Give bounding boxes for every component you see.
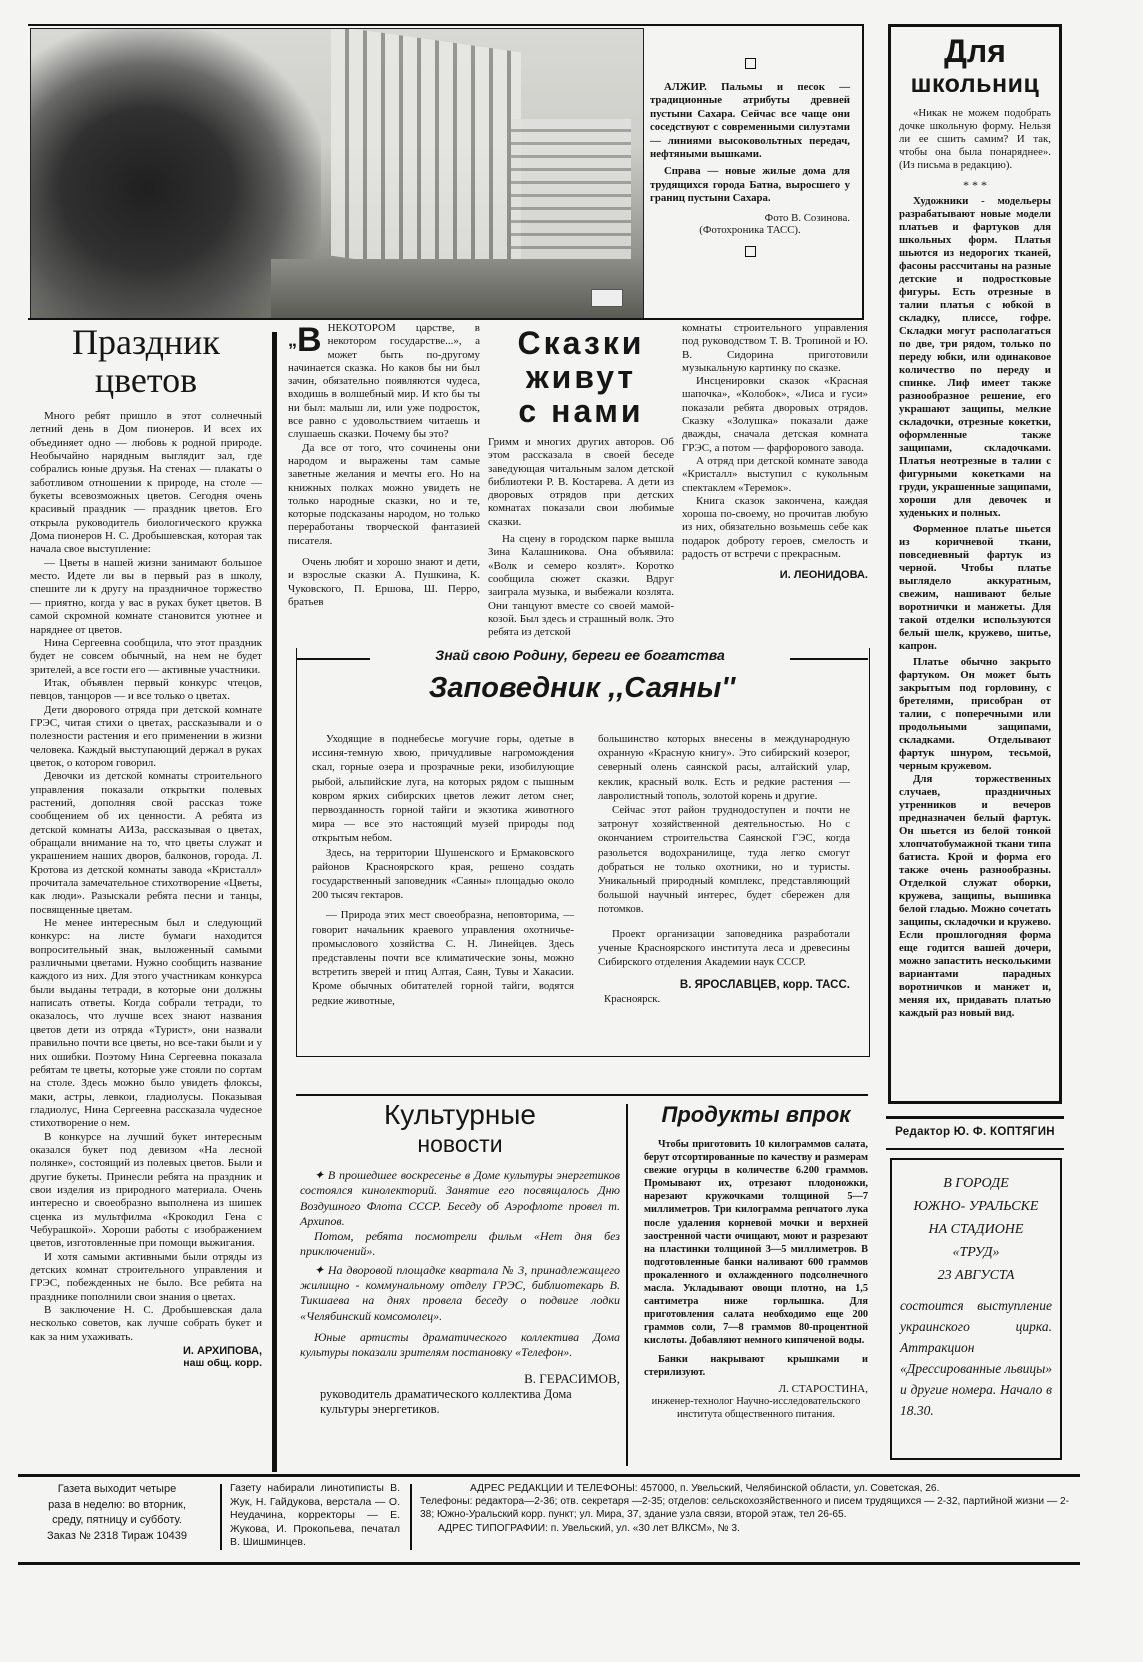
divider: [296, 658, 370, 660]
column-divider: [410, 1484, 412, 1550]
paragraph: Итак, объявлен первый конкурс чтецов, пе…: [30, 677, 262, 704]
paragraph: «Никак не можем подобрать дочке школьную…: [899, 107, 1051, 172]
column-divider: [220, 1484, 222, 1550]
paragraph: Здесь, на территории Шушенского и Ермако…: [312, 846, 574, 903]
diamond-bullet-icon: ✦: [314, 1168, 324, 1182]
article-preserves: Продукты впрок Чтобы приготовить 10 кило…: [644, 1094, 868, 1421]
building-image: [331, 28, 521, 282]
paragraph: комнаты строительного управления под рук…: [682, 322, 868, 375]
paragraph: большинство которых внесены в международ…: [598, 732, 850, 803]
paragraph: Уходящие в поднебесье могучие горы, одет…: [312, 732, 574, 846]
author-role: наш общ. корр.: [30, 1357, 262, 1369]
paragraph: А отряд при детской комнате завода «Крис…: [682, 455, 868, 495]
author-signature: И. АРХИПОВА,: [30, 1345, 262, 1357]
article-title: цветов: [30, 362, 262, 398]
author-role: руководитель драматического коллектива Д…: [300, 1387, 620, 1417]
photo-caption: АЛЖИР. Пальмы и песок — традиционные атр…: [650, 58, 850, 257]
paragraph: И хотя самыми активными были отряды из д…: [30, 1251, 262, 1304]
paragraph: Дети дворового отряда при детской комнат…: [30, 704, 262, 771]
paragraph: Для торжественных случаев, праздничных у…: [899, 773, 1051, 1020]
order-number: Заказ № 2318 Тираж 10439: [24, 1529, 210, 1545]
article-title: Для: [899, 33, 1051, 69]
news-item: Потом, ребята посмотрели фильм «Нет дня …: [300, 1229, 620, 1260]
announcement-line: 23 АВГУСТА: [900, 1264, 1052, 1287]
car-image: [591, 289, 623, 307]
article-title: школьниц: [899, 69, 1051, 99]
paragraph: Много ребят пришло в этот солнечный летн…: [30, 410, 262, 557]
paragraph: Чтобы приготовить 10 килограммов салата,…: [644, 1138, 868, 1348]
drop-cap: „В: [288, 324, 322, 356]
article-title: с нами: [488, 394, 674, 428]
article-schoolgirls: Для школьниц «Никак не можем подобрать д…: [888, 24, 1062, 1104]
tales-col1: „В НЕКОТОРОМ царстве, в некотором госуда…: [288, 322, 480, 609]
caption-text: АЛЖИР. Пальмы и песок — традиционные атр…: [650, 81, 850, 161]
contacts: АДРЕС РЕДАКЦИИ И ТЕЛЕФОНЫ: 457000, п. Ув…: [420, 1482, 1080, 1535]
paragraph: В конкурсе на лучший букет интересным ок…: [30, 1131, 262, 1251]
article-title: Праздник: [30, 324, 262, 360]
tales-col3: комнаты строительного управления под рук…: [682, 322, 868, 581]
article-culture-news: Культурные новости ✦ В прошедшее воскрес…: [300, 1100, 620, 1417]
paragraph: Книга сказок закончена, каждая хороша по…: [682, 495, 868, 561]
announcement-line: «ТРУД»: [900, 1241, 1052, 1264]
paragraph: Банки накрывают крышками и стерилизуют.: [644, 1353, 868, 1379]
square-ornament-icon: [745, 246, 756, 257]
separator-stars: * * *: [899, 178, 1051, 193]
schedule-line: среду, пятницу и субботу.: [24, 1513, 210, 1529]
paragraph: Очень любят и хорошо знают и дети, и взр…: [288, 556, 480, 609]
paragraph: Проект организации заповедника разработа…: [598, 927, 850, 970]
divider: [886, 1116, 1064, 1119]
article-title: живут: [488, 360, 674, 394]
staff-credits: Газету набирали линотиписты В. Жук, Н. Г…: [230, 1482, 400, 1550]
divider: [886, 1148, 1064, 1150]
announcement-line: ЮЖНО- УРАЛЬСКЕ: [900, 1195, 1052, 1218]
paragraph: — Цветы в нашей жизни занимают большое м…: [30, 557, 262, 637]
tales-col2: Сказки живут с нами Гримм и многих други…: [488, 322, 674, 639]
article-title: Продукты впрок: [644, 1102, 868, 1128]
paragraph: Форменное платье шьется из коричневой тк…: [899, 523, 1051, 653]
divider: [790, 658, 868, 660]
caption-text: Справа — новые жилые дома для трудящихся…: [650, 165, 850, 205]
photo-credit: Фото В. Созинова.: [650, 212, 850, 224]
announcement-line: В ГОРОДЕ: [900, 1172, 1052, 1195]
paragraph: Инсценировки сказок «Красная шапочка», «…: [682, 375, 868, 455]
paragraph: Гримм и многих других авторов. Об этом р…: [488, 436, 674, 529]
paragraph: Девочки из детской комнаты строительного…: [30, 770, 262, 917]
paragraph: На сцену в городском парке вышла Зина Ка…: [488, 533, 674, 639]
paragraph: Сейчас этот район труднодоступен и почти…: [598, 803, 850, 917]
paragraph: — Природа этих мест своеобразна, неповто…: [312, 908, 574, 1007]
dateline: Красноярск.: [598, 993, 850, 1005]
article-title: Заповедник ,,Саяны'': [296, 672, 868, 705]
column-divider: [626, 1104, 628, 1466]
author-signature: В. ГЕРАСИМОВ,: [300, 1371, 620, 1387]
diamond-bullet-icon: ✦: [314, 1263, 324, 1277]
paragraph: Платье обычно закрыто фартуком. Он может…: [899, 656, 1051, 773]
photo-credit: (Фотохроника ТАСС).: [650, 224, 850, 236]
paragraph: Да все от того, что сочинены они народом…: [288, 442, 480, 548]
printing-address: АДРЕС ТИПОГРАФИИ: п. Увельский, ул. «30 …: [420, 1522, 1080, 1535]
schedule-line: Газета выходит четыре: [24, 1482, 210, 1498]
announcement-body: состоится выступление украинского цирка.…: [900, 1295, 1052, 1421]
author-role: инженер-технолог Научно-исследовательско…: [644, 1395, 868, 1421]
sayany-col2: большинство которых внесены в международ…: [598, 732, 850, 1005]
editorial-address: АДРЕС РЕДАКЦИИ И ТЕЛЕФОНЫ: 457000, п. Ув…: [420, 1482, 1080, 1495]
divider: [18, 1474, 1080, 1477]
publication-schedule: Газета выходит четыре раза в неделю: во …: [24, 1482, 210, 1556]
schedule-line: раза в неделю: во вторник,: [24, 1498, 210, 1514]
drop-cap-letter: В: [297, 321, 322, 359]
divider: [28, 24, 864, 26]
paragraph: Не менее интересным был и следующий конк…: [30, 917, 262, 1131]
article-title: новости: [300, 1130, 620, 1158]
paragraph: Нина Сергеевна сообщила, что этот праздн…: [30, 637, 262, 677]
circus-announcement: В ГОРОДЕ ЮЖНО- УРАЛЬСКЕ НА СТАДИОНЕ «ТРУ…: [890, 1158, 1062, 1460]
road-image: [271, 259, 643, 319]
paragraph: Художники - модельеры разрабатывают новы…: [899, 195, 1051, 520]
rubric-heading: Знай свою Родину, береги ее богатства: [370, 647, 790, 663]
divider: [862, 24, 864, 318]
announcement-line: НА СТАДИОНЕ: [900, 1218, 1052, 1241]
editor-credit: Редактор Ю. Ф. КОПТЯГИН: [886, 1126, 1064, 1138]
square-ornament-icon: [745, 58, 756, 69]
author-signature: В. ЯРОСЛАВЦЕВ, корр. ТАСС.: [598, 979, 850, 991]
news-item: Юные артисты драматического коллектива Д…: [300, 1330, 620, 1361]
phone-numbers: Телефоны: редактора—2-36; отв. секретаря…: [420, 1495, 1080, 1521]
column-divider: [272, 332, 277, 1472]
article-title: Сказки: [488, 326, 674, 360]
divider: [18, 1562, 1080, 1565]
author-signature: Л. СТАРОСТИНА,: [644, 1383, 868, 1395]
news-item: На дворовой площадке квартала № 3, прина…: [300, 1263, 620, 1323]
news-item: В прошедшее воскресенье в Доме культуры …: [300, 1168, 620, 1228]
article-body: Много ребят пришло в этот солнечный летн…: [30, 410, 262, 1344]
article-flower-festival: Праздник цветов Много ребят пришло в это…: [30, 320, 262, 1369]
building-image-2: [511, 119, 631, 259]
article-title: Культурные: [300, 1100, 620, 1130]
photo-algeria: [30, 28, 644, 320]
author-signature: И. ЛЕОНИДОВА.: [682, 569, 868, 581]
paragraph: В заключение Н. С. Дробышевская дала нес…: [30, 1304, 262, 1344]
sayany-col1: Уходящие в поднебесье могучие горы, одет…: [312, 732, 574, 1008]
